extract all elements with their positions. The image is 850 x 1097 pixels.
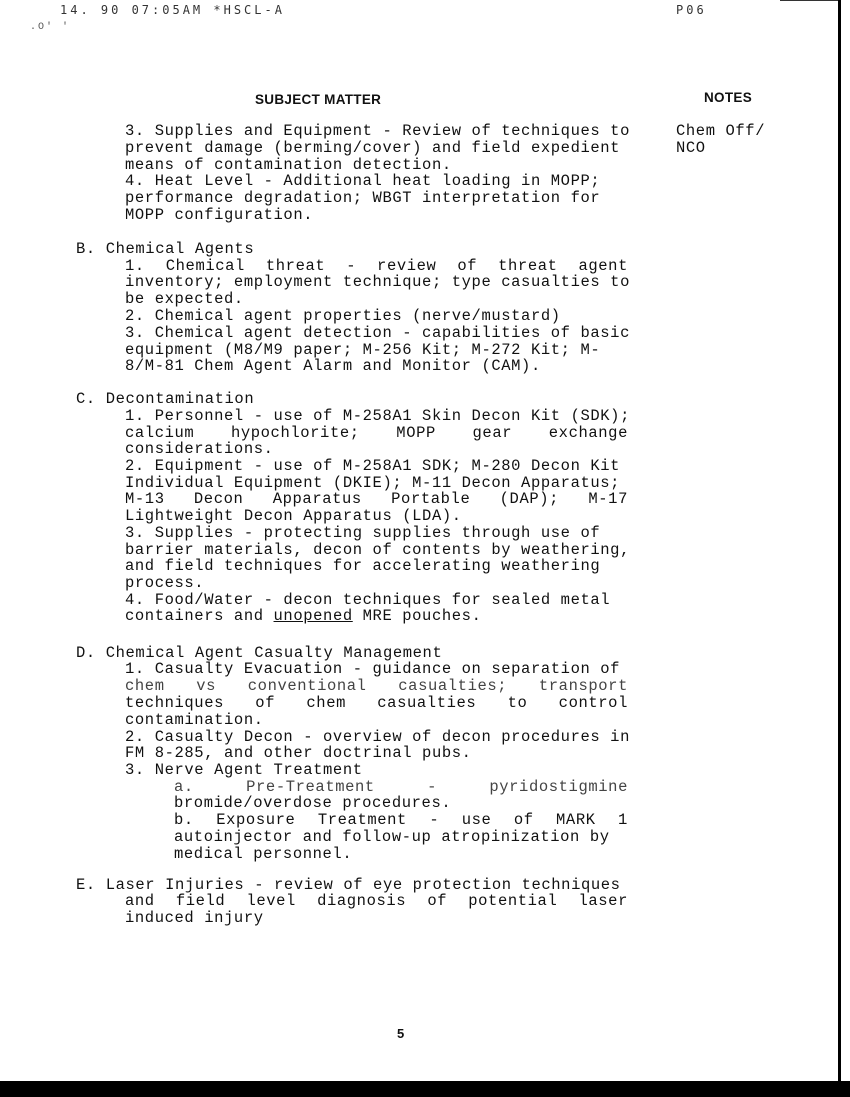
subject-matter-heading: SUBJECT MATTER — [255, 92, 381, 107]
doc-line: bromide/overdose procedures. — [174, 795, 451, 812]
doc-line: performance degradation; WBGT interpreta… — [125, 190, 600, 207]
doc-line: autoinjector and follow-up atropinizatio… — [174, 829, 610, 846]
section-title: B. Chemical Agents — [76, 241, 254, 258]
fax-page-marker: P06 — [676, 3, 707, 17]
doc-line: Lightweight Decon Apparatus (LDA). — [125, 508, 462, 525]
doc-line: induced injury — [125, 910, 264, 927]
section-title: C. Decontamination — [76, 391, 254, 408]
doc-line: 3. Chemical agent detection - capabiliti… — [125, 325, 630, 342]
doc-line: prevent damage (berming/cover) and field… — [125, 140, 620, 157]
doc-line-justified: chemvsconventionalcasualties;transport — [125, 678, 628, 695]
scan-bottom-bar — [0, 1081, 850, 1097]
scan-right-edge — [838, 0, 841, 1083]
doc-line: 1. Personnel - use of M-258A1 Skin Decon… — [125, 408, 630, 425]
doc-line: 3. Nerve Agent Treatment — [125, 762, 363, 779]
doc-line: considerations. — [125, 441, 274, 458]
doc-line: 3. Supplies and Equipment - Review of te… — [125, 123, 630, 140]
underlined-word: unopened — [274, 607, 353, 625]
doc-line: inventory; employment technique; type ca… — [125, 274, 630, 291]
doc-line: 2. Chemical agent properties (nerve/must… — [125, 308, 561, 325]
page-number: 5 — [397, 1026, 404, 1041]
fax-corner-mark: .O' ' — [30, 22, 70, 33]
doc-line: process. — [125, 575, 204, 592]
doc-line: medical personnel. — [174, 846, 352, 863]
doc-line: and field techniques for accelerating we… — [125, 558, 600, 575]
scan-top-edge — [780, 0, 840, 1]
doc-line: 4. Heat Level - Additional heat loading … — [125, 173, 600, 190]
doc-line: MOPP configuration. — [125, 207, 313, 224]
doc-line-justified: andfieldleveldiagnosisofpotentiallaser — [125, 893, 628, 910]
doc-line-justified: techniquesofchemcasualtiestocontrol — [125, 695, 628, 712]
notes-heading: NOTES — [704, 90, 752, 105]
doc-line: be expected. — [125, 291, 244, 308]
doc-line: contamination. — [125, 712, 264, 729]
notes-line: Chem Off/ — [676, 122, 765, 140]
doc-line: 3. Supplies - protecting supplies throug… — [125, 525, 600, 542]
doc-line: containers and unopened MRE pouches. — [125, 608, 481, 625]
notes-column: Chem Off/ NCO — [676, 123, 765, 156]
doc-line: FM 8-285, and other doctrinal pubs. — [125, 745, 472, 762]
fax-transmission-header: 14. 90 07:05AM *HSCL-A — [60, 3, 285, 17]
doc-line-justified: b.ExposureTreatment-useofMARK1 — [174, 812, 628, 829]
doc-line: 8/M-81 Chem Agent Alarm and Monitor (CAM… — [125, 358, 541, 375]
notes-line: NCO — [676, 139, 706, 157]
doc-line: 1. Casualty Evacuation - guidance on sep… — [125, 661, 620, 678]
doc-line-justified: M-13DeconApparatusPortable(DAP);M-17 — [125, 491, 628, 508]
doc-line: 2. Equipment - use of M-258A1 SDK; M-280… — [125, 458, 620, 475]
